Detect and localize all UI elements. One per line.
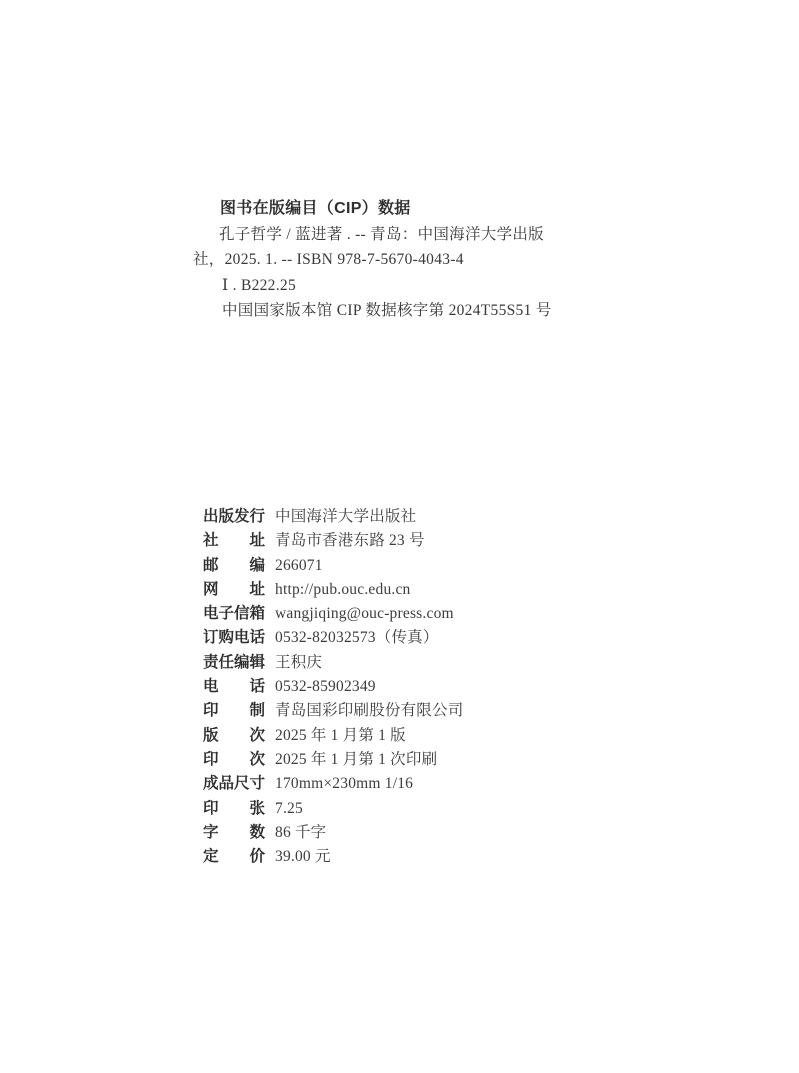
colophon-row-order-phone: 订购电话0532-82032573（传真）: [203, 626, 633, 650]
colophon-label: 订购电话: [203, 626, 275, 650]
colophon-value: 170mm×230mm 1/16: [275, 775, 413, 792]
copyright-page: 图书在版编目（CIP）数据 孔子哲学 / 蓝进著 . -- 青岛：中国海洋大学出…: [0, 0, 799, 1073]
colophon-row-email: 电子信箱wangjiqing@ouc-press.com: [203, 602, 633, 626]
cip-line: 社，2025. 1. -- ISBN 978-7-5670-4043-4: [193, 247, 623, 273]
colophon-label: 电子信箱: [203, 602, 275, 626]
colophon-row-publisher: 出版发行中国海洋大学出版社: [203, 505, 633, 529]
colophon-label: 电 话: [203, 675, 275, 699]
colophon-label: 社 址: [203, 529, 275, 553]
colophon-label: 出版发行: [203, 505, 275, 529]
colophon-value: 青岛国彩印刷股份有限公司: [275, 702, 463, 719]
colophon-value: 86 千字: [275, 824, 326, 841]
colophon-row-editor: 责任编辑王积庆: [203, 651, 633, 675]
colophon-label: 印 次: [203, 748, 275, 772]
colophon-row-edition: 版 次2025 年 1 月第 1 版: [203, 724, 633, 748]
colophon-row-printer: 印 制青岛国彩印刷股份有限公司: [203, 699, 633, 723]
colophon-row-address: 社 址青岛市香港东路 23 号: [203, 529, 633, 553]
colophon-block: 出版发行中国海洋大学出版社 社 址青岛市香港东路 23 号 邮 编266071 …: [203, 505, 633, 869]
colophon-value: 0532-85902349: [275, 678, 376, 695]
colophon-label: 印 制: [203, 699, 275, 723]
colophon-row-size: 成品尺寸170mm×230mm 1/16: [203, 772, 633, 796]
colophon-label: 印 张: [203, 797, 275, 821]
colophon-value: 青岛市香港东路 23 号: [275, 532, 425, 549]
colophon-row-website: 网 址http://pub.ouc.edu.cn: [203, 578, 633, 602]
colophon-value: 2025 年 1 月第 1 次印刷: [275, 751, 437, 768]
cip-line: Ⅰ . B222.25: [193, 273, 623, 299]
colophon-value: wangjiqing@ouc-press.com: [275, 605, 454, 622]
colophon-row-wordcount: 字 数86 千字: [203, 821, 633, 845]
colophon-row-printing: 印 次2025 年 1 月第 1 次印刷: [203, 748, 633, 772]
colophon-value: 266071: [275, 557, 323, 574]
colophon-row-postcode: 邮 编266071: [203, 554, 633, 578]
colophon-value: 中国海洋大学出版社: [275, 508, 416, 525]
colophon-row-sheets: 印 张7.25: [203, 797, 633, 821]
colophon-row-price: 定 价39.00 元: [203, 845, 633, 869]
cip-line: 中国国家版本馆 CIP 数据核字第 2024T55S51 号: [193, 298, 623, 324]
colophon-label: 邮 编: [203, 554, 275, 578]
colophon-row-phone: 电 话0532-85902349: [203, 675, 633, 699]
colophon-label: 成品尺寸: [203, 772, 275, 796]
colophon-label: 字 数: [203, 821, 275, 845]
colophon-label: 责任编辑: [203, 651, 275, 675]
colophon-value: 7.25: [275, 800, 303, 817]
colophon-label: 版 次: [203, 724, 275, 748]
colophon-value: 2025 年 1 月第 1 版: [275, 727, 406, 744]
colophon-label: 定 价: [203, 845, 275, 869]
colophon-value: http://pub.ouc.edu.cn: [275, 581, 411, 598]
colophon-label: 网 址: [203, 578, 275, 602]
colophon-value: 王积庆: [275, 654, 322, 671]
colophon-value: 39.00 元: [275, 848, 331, 865]
cip-block: 图书在版编目（CIP）数据 孔子哲学 / 蓝进著 . -- 青岛：中国海洋大学出…: [193, 196, 623, 324]
colophon-value: 0532-82032573（传真）: [275, 629, 439, 646]
cip-heading: 图书在版编目（CIP）数据: [193, 196, 623, 222]
cip-line: 孔子哲学 / 蓝进著 . -- 青岛：中国海洋大学出版: [193, 222, 623, 248]
